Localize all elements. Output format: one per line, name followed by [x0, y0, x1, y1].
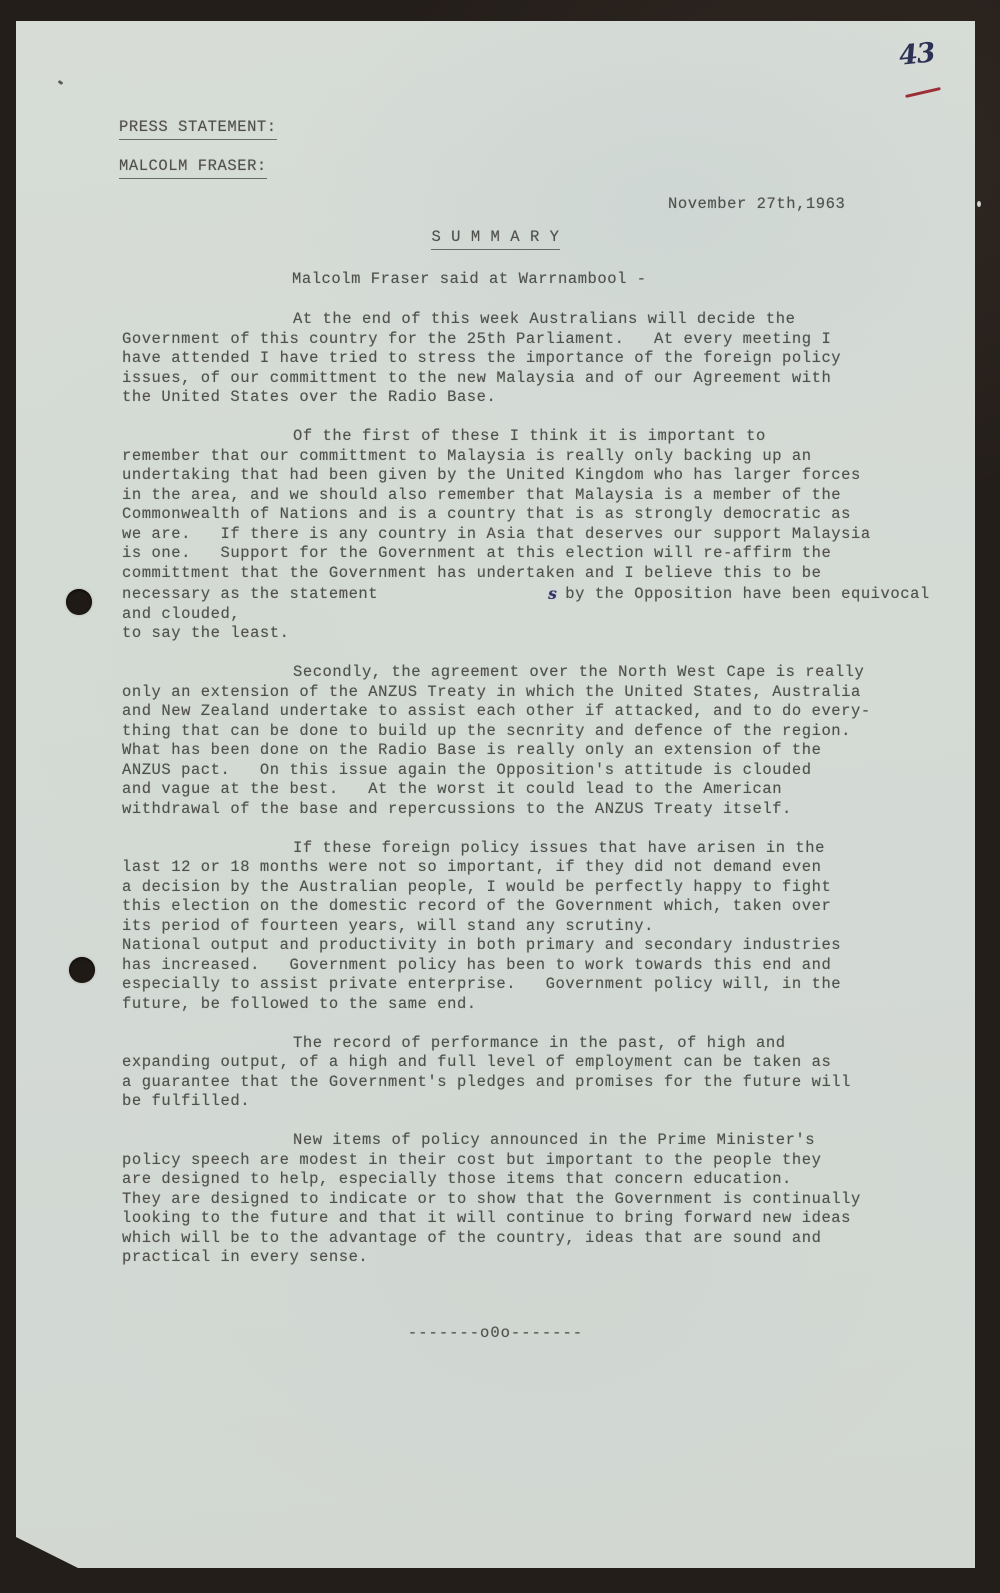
- page-number-value: 43: [898, 39, 936, 70]
- page-number-annotation: 43: [899, 41, 959, 101]
- end-divider: -------o0o-------: [16, 1324, 975, 1344]
- document-body: At the end of this week Australians will…: [122, 310, 954, 1287]
- paragraph-4: If these foreign policy issues that have…: [122, 839, 954, 1015]
- page-number-red-underline: [905, 87, 941, 98]
- paragraph-5: The record of performance in the past, o…: [122, 1034, 954, 1112]
- handwritten-s-insertion: s: [377, 584, 557, 604]
- press-statement-text: PRESS STATEMENT:: [119, 118, 277, 140]
- paragraph-2: Of the first of these I think it is impo…: [122, 427, 954, 644]
- paragraph-1: At the end of this week Australians will…: [122, 310, 954, 408]
- scan-background: 43 PRESS STATEMENT: MALCOLM FRASER: Nove…: [0, 0, 1000, 1593]
- paragraph-3: Secondly, the agreement over the North W…: [122, 663, 954, 819]
- summary-title-text: S U M M A R Y: [431, 228, 559, 250]
- document-page: 43 PRESS STATEMENT: MALCOLM FRASER: Nove…: [16, 21, 975, 1568]
- punch-hole-bottom: [69, 957, 95, 983]
- border-speck: [977, 201, 981, 207]
- paragraph-6: New items of policy announced in the Pri…: [122, 1131, 954, 1268]
- summary-title: S U M M A R Y: [16, 228, 975, 250]
- press-statement-label: PRESS STATEMENT:: [119, 118, 277, 140]
- byline: Malcolm Fraser said at Warrnambool -: [292, 270, 647, 290]
- speaker-text: MALCOLM FRASER:: [119, 157, 267, 179]
- punch-hole-top: [66, 589, 92, 615]
- speaker-label: MALCOLM FRASER:: [119, 157, 267, 179]
- paragraph-2-typed-start: Of the first of these I think it is impo…: [122, 427, 871, 603]
- paper-speck: [58, 80, 64, 85]
- date-line: November 27th,1963: [668, 195, 845, 215]
